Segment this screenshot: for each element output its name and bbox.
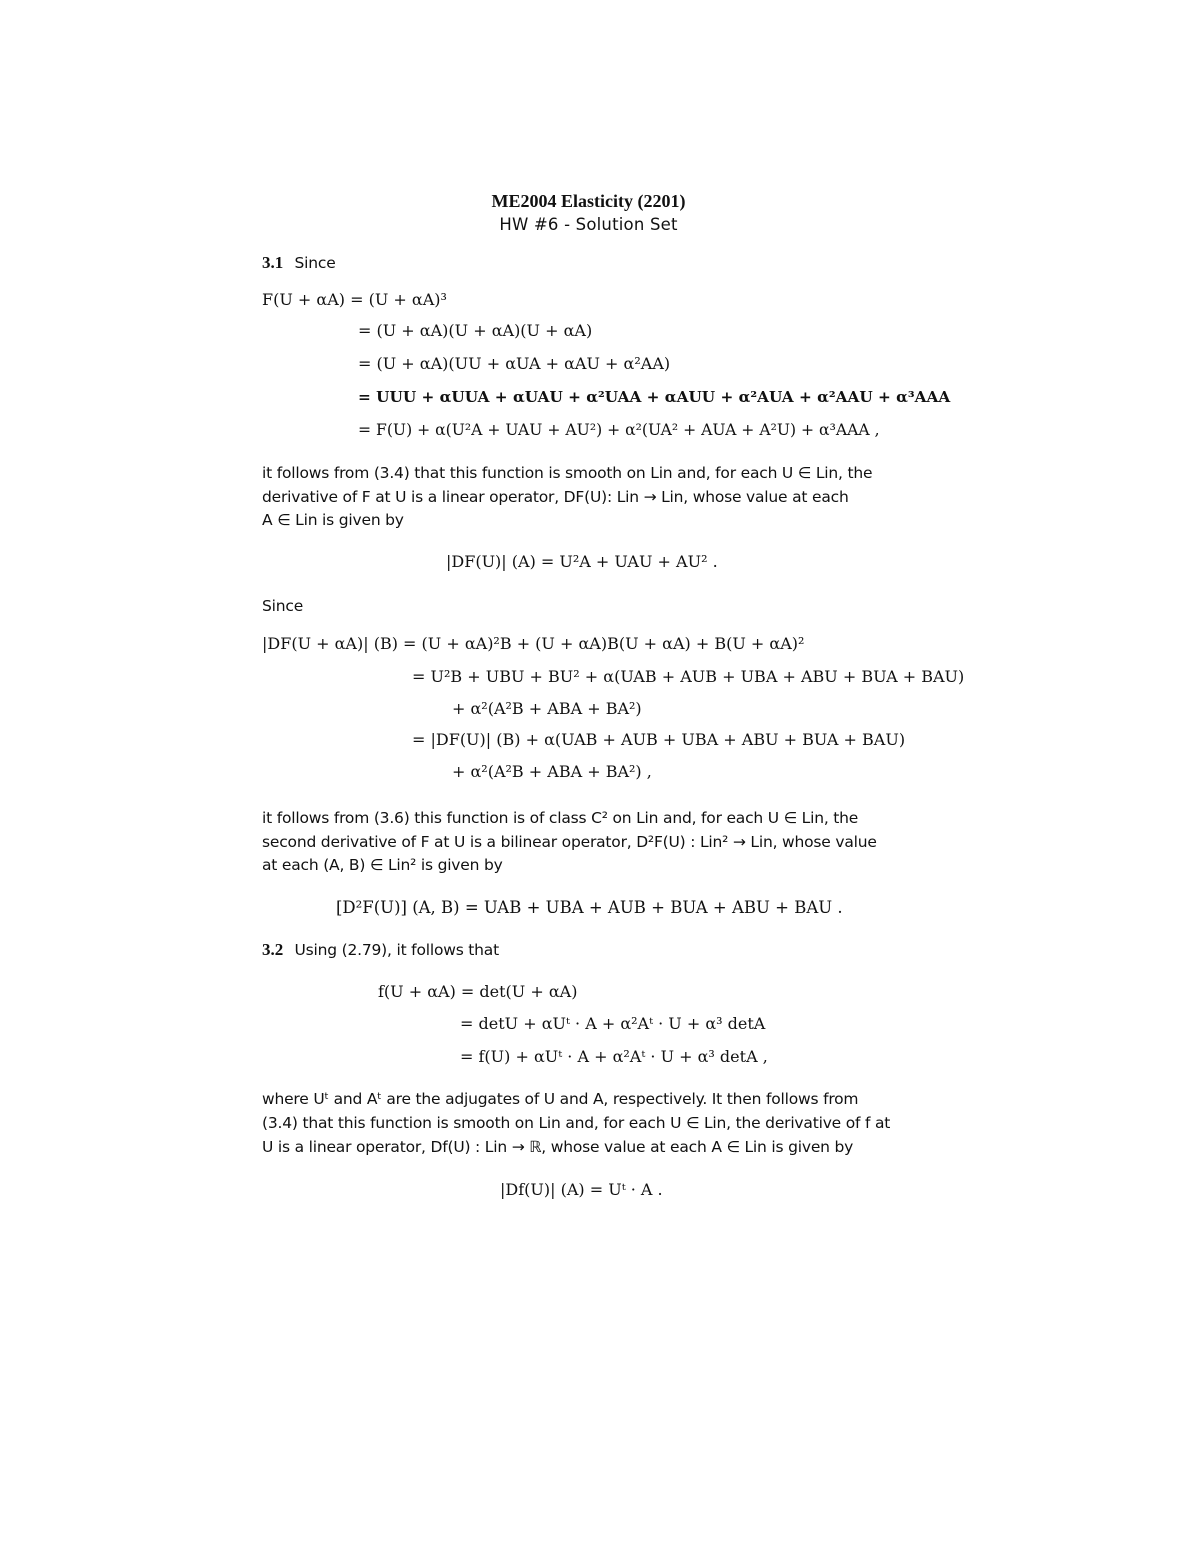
display-equation: |Df(U)| (A) = Uᵗ · A . xyxy=(500,1180,663,1200)
document-subtitle: HW #6 - Solution Set xyxy=(0,215,1177,235)
equation-line: = (U + αA)(U + αA)(U + αA) xyxy=(358,321,592,341)
equation-line: |DF(U + αA)| (B) = (U + αA)²B + (U + αA)… xyxy=(262,634,804,654)
equation-line: = (U + αA)(UU + αUA + αAU + α²AA) xyxy=(358,354,670,374)
paragraph-line: at each (A, B) ∈ Lin² is given by xyxy=(262,855,503,875)
paragraph-line: U is a linear operator, Df(U) : Lin → ℝ,… xyxy=(262,1137,853,1157)
equation-line: + α²(A²B + ABA + BA²) xyxy=(452,699,642,719)
paragraph-line: second derivative of F at U is a bilinea… xyxy=(262,832,877,852)
paragraph-line: (3.4) that this function is smooth on Li… xyxy=(262,1113,890,1133)
equation-line: = |DF(U)| (B) + α(UAB + AUB + UBA + ABU … xyxy=(412,730,905,750)
equation-line: = f(U) + αUᵗ · A + α²Aᵗ · U + α³ detA , xyxy=(460,1047,768,1067)
equation-line: = detU + αUᵗ · A + α²Aᵗ · U + α³ detA xyxy=(460,1014,765,1034)
paragraph-line: Since xyxy=(262,596,303,616)
section-heading-3-1: 3.1 Since xyxy=(262,253,336,273)
paragraph-line: where Uᵗ and Aᵗ are the adjugates of U a… xyxy=(262,1089,858,1109)
paragraph-line: it follows from (3.6) this function is o… xyxy=(262,808,858,828)
section-intro: Since xyxy=(295,254,336,272)
equation-line: = U²B + UBU + BU² + α(UAB + AUB + UBA + … xyxy=(412,667,964,687)
display-equation: |DF(U)| (A) = U²A + UAU + AU² . xyxy=(446,552,718,572)
display-equation: [D²F(U)] (A, B) = UAB + UBA + AUB + BUA … xyxy=(336,898,843,918)
equation-line: = F(U) + α(U²A + UAU + AU²) + α²(UA² + A… xyxy=(358,420,880,440)
section-intro: Using (2.79), it follows that xyxy=(295,941,499,959)
document-title: ME2004 Elasticity (2201) xyxy=(0,191,1177,211)
equation-line: f(U + αA) = det(U + αA) xyxy=(378,982,577,1002)
section-number: 3.2 xyxy=(262,940,283,959)
paragraph-line: derivative of F at U is a linear operato… xyxy=(262,487,849,507)
section-number: 3.1 xyxy=(262,253,283,272)
section-heading-3-2: 3.2 Using (2.79), it follows that xyxy=(262,940,499,960)
equation-line: = UUU + αUUA + αUAU + α²UAA + αAUU + α²A… xyxy=(358,387,950,407)
paragraph-line: it follows from (3.4) that this function… xyxy=(262,463,872,483)
paragraph-line: A ∈ Lin is given by xyxy=(262,510,404,530)
equation-line: + α²(A²B + ABA + BA²) , xyxy=(452,762,652,782)
equation-line: F(U + αA) = (U + αA)³ xyxy=(262,290,447,310)
